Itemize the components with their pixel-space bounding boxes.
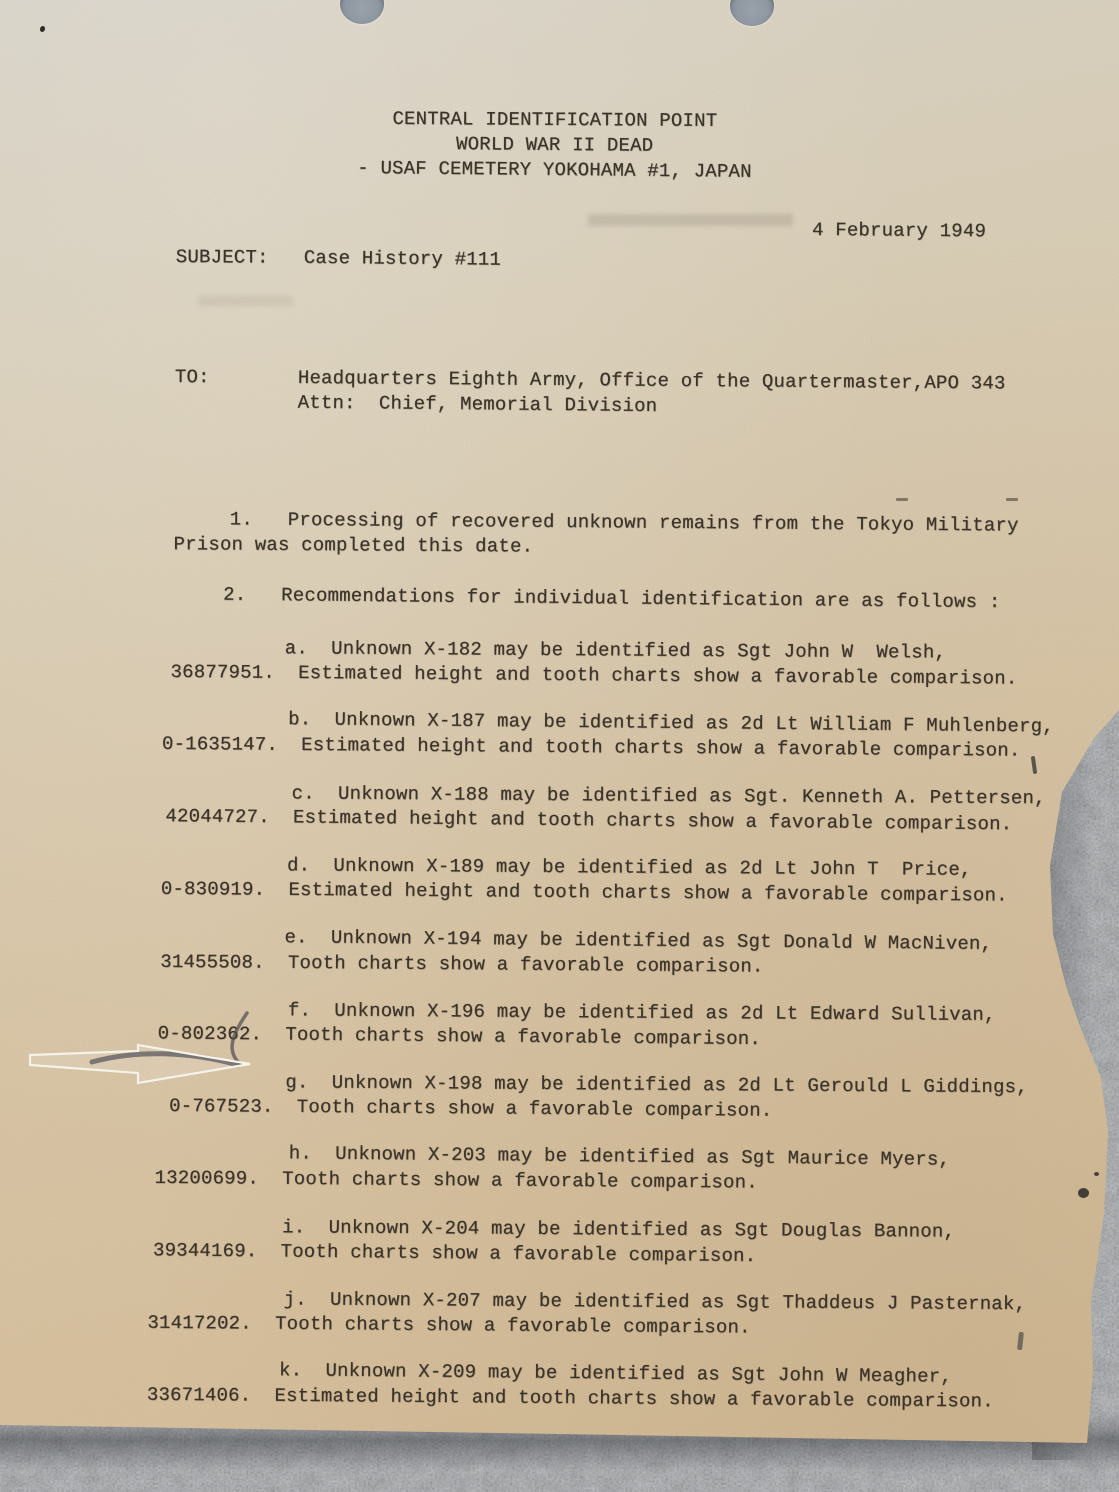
item-j-line-2: 31417202. Tooth charts show a favorable … [147,1311,750,1340]
ink-dot [1094,1172,1099,1176]
item-d-line-2: 0-830919. Estimated height and tooth cha… [161,877,1008,908]
arrow-annotation [26,1005,266,1115]
to-label: TO: [175,365,210,389]
item-a-line-2: 36877951. Estimated height and tooth cha… [170,660,1017,691]
ink-smudge [588,214,793,226]
to-line-2: Attn: Chief, Memorial Division [298,391,658,418]
date-line: 4 February 1949 [812,218,986,243]
item-i-line-2: 39344169. Tooth charts show a favorable … [153,1238,756,1268]
ink-blob [1078,1188,1089,1198]
dash-mark [1006,498,1018,501]
subject-value: Case History #111 [304,246,501,272]
item-a-line-1: a. Unknown X-182 may be identified as Sg… [285,636,946,664]
item-d-line-1: d. Unknown X-189 may be identified as 2d… [287,853,972,881]
item-h-line-2: 13200699. Tooth charts show a favorable … [155,1166,758,1195]
paragraph-1-line-2: Prison was completed this date. [173,532,533,558]
paragraph-2: 2. Recommendations for individual identi… [223,583,1001,614]
subject-label: SUBJECT: [176,245,269,270]
pencil-swoosh-tail [232,1013,247,1064]
item-e-line-2: 31455508. Tooth charts show a favorable … [160,950,763,979]
typewritten-text: CENTRAL IDENTIFICATION POINT WORLD WAR I… [0,0,1119,1492]
document-paper: CENTRAL IDENTIFICATION POINT WORLD WAR I… [0,0,1119,1492]
white-arrow-icon [30,1045,250,1083]
item-i-line-1: i. Unknown X-204 may be identified as Sg… [282,1215,955,1243]
scanned-document-photo: CENTRAL IDENTIFICATION POINT WORLD WAR I… [0,0,1119,1492]
faint-smudge [198,296,293,306]
dash-mark [896,498,908,501]
